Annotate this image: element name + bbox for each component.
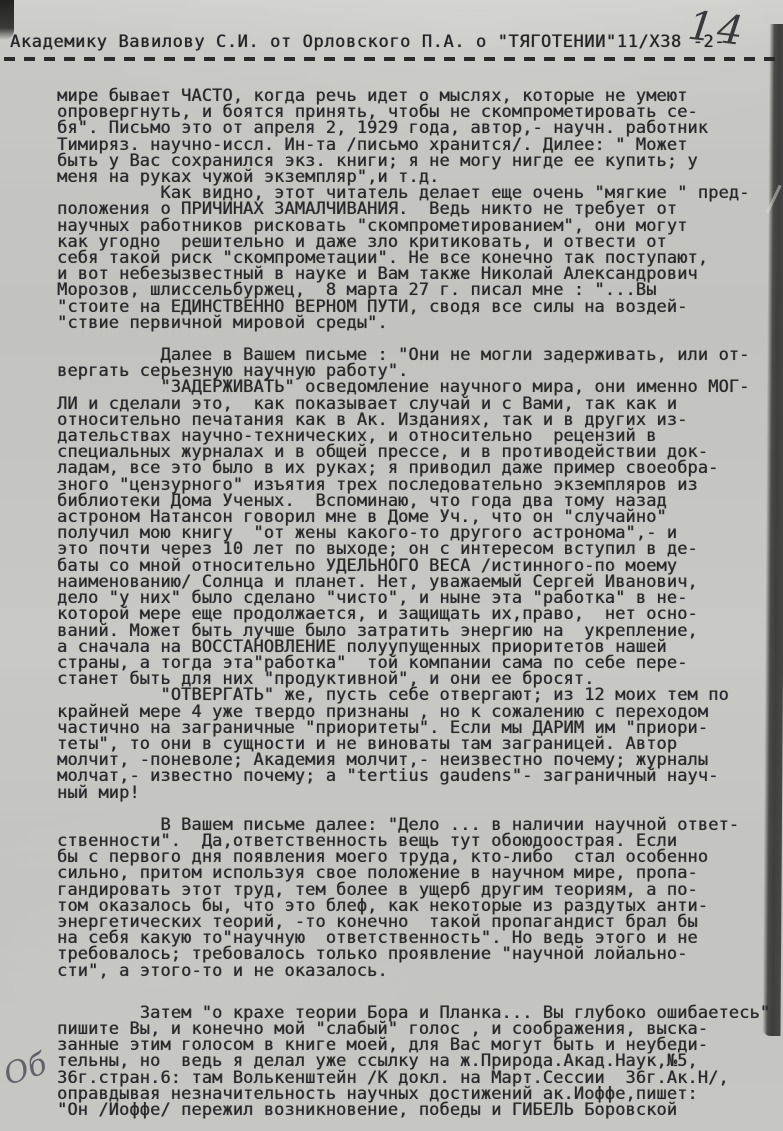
dashed-divider: [4, 57, 778, 61]
paragraph-block-dalee: Далее в Вашем письме : "Они не могли зад…: [57, 347, 773, 801]
handwritten-margin-initials: Об: [0, 1046, 51, 1093]
paragraph-block-kak-vidno: Как видно, этот читатель делает еще очен…: [57, 185, 773, 331]
letter-header: Академику Вавилову С.И. от Орловского П.…: [10, 32, 725, 52]
paragraph-block-continuation: мире бывает ЧАСТО, когда речь идет о мыс…: [57, 88, 773, 185]
letter-body: мире бывает ЧАСТО, когда речь идет о мыс…: [57, 88, 773, 1118]
paragraph-block-otvetstvennost: В Вашем письме далее: "Дело ... в наличи…: [57, 817, 773, 979]
scanned-letter-page: 14 Академику Вавилову С.И. от Орловского…: [0, 0, 783, 1131]
paragraph-block-zatem: Затем "о крахе теории Бора и Планка... В…: [57, 1005, 773, 1118]
